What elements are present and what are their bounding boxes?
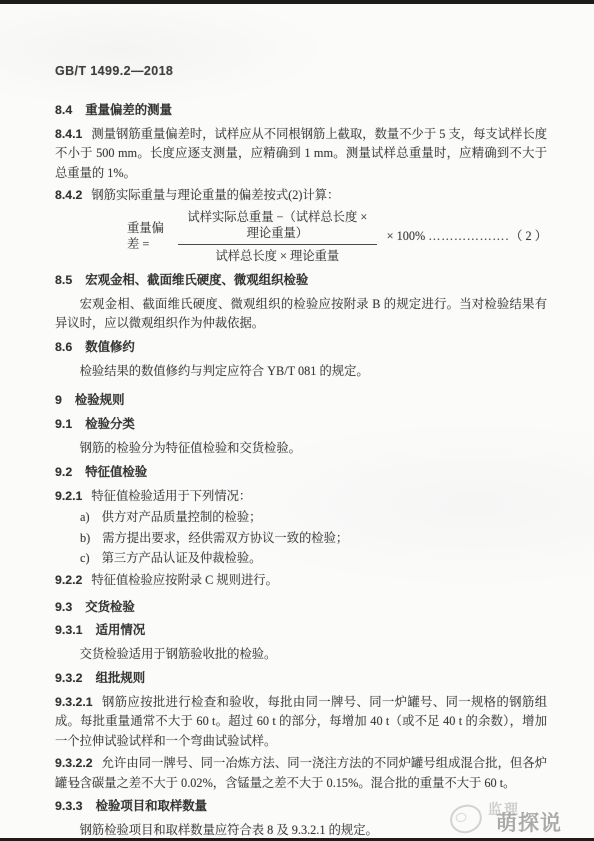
clause-title: 重量偏差的测量 <box>85 103 172 117</box>
clause-text: 特征值检验适用于下列情况： <box>91 489 251 503</box>
equation-number: （ 2 ） <box>510 228 547 244</box>
clause-text: 测量钢筋重量偏差时，试样应从不同根钢筋上截取，数量不少于 5 支，每支试样长度不… <box>55 127 547 180</box>
clause-8-4-1-paragraph: 8.4.1测量钢筋重量偏差时，试样应从不同根钢筋上截取，数量不少于 5 支，每支… <box>55 125 547 184</box>
clause-number: 8.4.1 <box>55 127 82 141</box>
clause-9-1-paragraph: 钢筋的检验分为特征值检验和交货检验。 <box>55 439 547 459</box>
formula-fraction: 试样实际总重量 −（试样总长度 × 理论重量） 试样总长度 × 理论重量 <box>178 209 376 264</box>
clause-title: 检验项目和取样数量 <box>96 799 208 813</box>
scan-edge-top <box>0 0 594 4</box>
clause-number: 9.3 <box>55 600 72 614</box>
clause-9-3-1-heading: 9.3.1适用情况 <box>55 622 547 638</box>
clause-title: 适用情况 <box>96 623 146 637</box>
clause-9-3-2-heading: 9.3.2组批规则 <box>55 670 547 686</box>
clause-title: 检验规则 <box>75 393 125 407</box>
clause-9-2-2-paragraph: 9.2.2特征值检验应按附录 C 规则进行。 <box>55 571 547 591</box>
page-number: 12 <box>69 779 80 791</box>
clause-8-6-heading: 8.6数值修约 <box>55 339 547 355</box>
clause-9-2-heading: 9.2特征值检验 <box>55 464 547 480</box>
fraction-denominator: 试样总长度 × 理论重量 <box>178 245 376 264</box>
clause-number: 8.5 <box>55 273 72 287</box>
watermark: 监理 萌探说 <box>450 797 590 839</box>
list-item-label: a) <box>80 510 90 524</box>
clause-number: 8.6 <box>55 340 72 354</box>
clause-8-4-heading: 8.4重量偏差的测量 <box>55 102 547 118</box>
clause-9-heading: 9检验规则 <box>55 392 547 408</box>
fraction-numerator: 试样实际总重量 −（试样总长度 × 理论重量） <box>178 209 376 245</box>
clause-number: 9 <box>55 393 62 407</box>
list-item-text: 供方对产品质量控制的检验； <box>102 510 262 524</box>
clause-text: 特征值检验应按附录 C 规则进行。 <box>91 573 278 587</box>
clause-9-3-heading: 9.3交货检验 <box>55 599 547 615</box>
list-item-label: c) <box>80 551 90 565</box>
clause-number: 9.2.2 <box>55 573 82 587</box>
clause-8-4-2-paragraph: 8.4.2钢筋实际重量与理论重量的偏差按式(2)计算： <box>55 186 547 206</box>
page-content: GB/T 1499.2—2018 8.4重量偏差的测量 8.4.1测量钢筋重量偏… <box>55 62 547 841</box>
clause-9-1-heading: 9.1检验分类 <box>55 416 547 432</box>
clause-title: 交货检验 <box>85 600 135 614</box>
clause-9-2-1-paragraph: 9.2.1特征值检验适用于下列情况： <box>55 487 547 507</box>
list-item-a: a)供方对产品质量控制的检验； <box>55 509 547 527</box>
clause-8-6-paragraph: 检验结果的数值修约与判定应符合 YB/T 081 的规定。 <box>55 362 547 382</box>
clause-number: 9.3.2 <box>55 671 83 685</box>
clause-title: 特征值检验 <box>85 465 147 479</box>
equation-dotted-leader: …………………… <box>428 228 508 244</box>
clause-number: 9.3.2.2 <box>55 756 93 770</box>
clause-9-3-2-2-paragraph: 9.3.2.2允许由同一牌号、同一冶炼方法、同一浇注方法的不同炉罐号组成混合批，… <box>55 754 547 793</box>
clause-number: 8.4 <box>55 103 72 117</box>
list-item-c: c)第三方产品认证及仲裁检验。 <box>55 550 547 568</box>
clause-title: 宏观金相、截面维氏硬度、微观组织检验 <box>85 273 308 287</box>
list-item-text: 第三方产品认证及仲裁检验。 <box>102 551 262 565</box>
formula-multiplier: × 100% <box>387 228 426 244</box>
list-item-text: 需方提出要求，经供需双方协议一致的检验； <box>102 531 348 545</box>
clause-9-3-1-paragraph: 交货检验适用于钢筋验收批的检验。 <box>55 645 547 665</box>
clause-8-5-heading: 8.5宏观金相、截面维氏硬度、微观组织检验 <box>55 272 547 288</box>
watermark-bold-text: 萌探说 <box>496 807 562 837</box>
clause-8-5-paragraph: 宏观金相、截面维氏硬度、微观组织的检验应按附录 B 的规定进行。当对检验结果有异… <box>55 295 547 334</box>
clause-number: 9.2 <box>55 465 72 479</box>
standard-code: GB/T 1499.2—2018 <box>55 62 547 82</box>
list-item-label: b) <box>80 531 90 545</box>
clause-text: 钢筋应按批进行检查和验收，每批由同一牌号、同一炉罐号、同一规格的钢筋组成。每批重… <box>55 695 547 748</box>
clause-title: 数值修约 <box>85 340 135 354</box>
clause-number: 9.2.1 <box>55 489 82 503</box>
clause-number: 9.3.1 <box>55 623 83 637</box>
list-item-b: b)需方提出要求，经供需双方协议一致的检验； <box>55 530 547 548</box>
clause-title: 检验分类 <box>85 417 135 431</box>
clause-title: 组批规则 <box>96 671 146 685</box>
clause-number: 9.1 <box>55 417 72 431</box>
clause-text: 允许由同一牌号、同一冶炼方法、同一浇注方法的不同炉罐号组成混合批，但各炉罐号含碳… <box>55 756 547 790</box>
formula-lhs: 重量偏差 = <box>127 220 173 252</box>
watermark-logo-icon <box>447 802 484 836</box>
clause-text: 钢筋实际重量与理论重量的偏差按式(2)计算： <box>91 188 339 202</box>
clause-number: 9.3.2.1 <box>55 695 93 709</box>
weight-deviation-formula: 重量偏差 = 试样实际总重量 −（试样总长度 × 理论重量） 试样总长度 × 理… <box>127 209 547 264</box>
clause-number: 9.3.3 <box>55 799 83 813</box>
clause-9-3-2-1-paragraph: 9.3.2.1钢筋应按批进行检查和验收，每批由同一牌号、同一炉罐号、同一规格的钢… <box>55 693 547 752</box>
scanned-document-page: GB/T 1499.2—2018 8.4重量偏差的测量 8.4.1测量钢筋重量偏… <box>0 0 594 841</box>
clause-number: 8.4.2 <box>55 188 82 202</box>
